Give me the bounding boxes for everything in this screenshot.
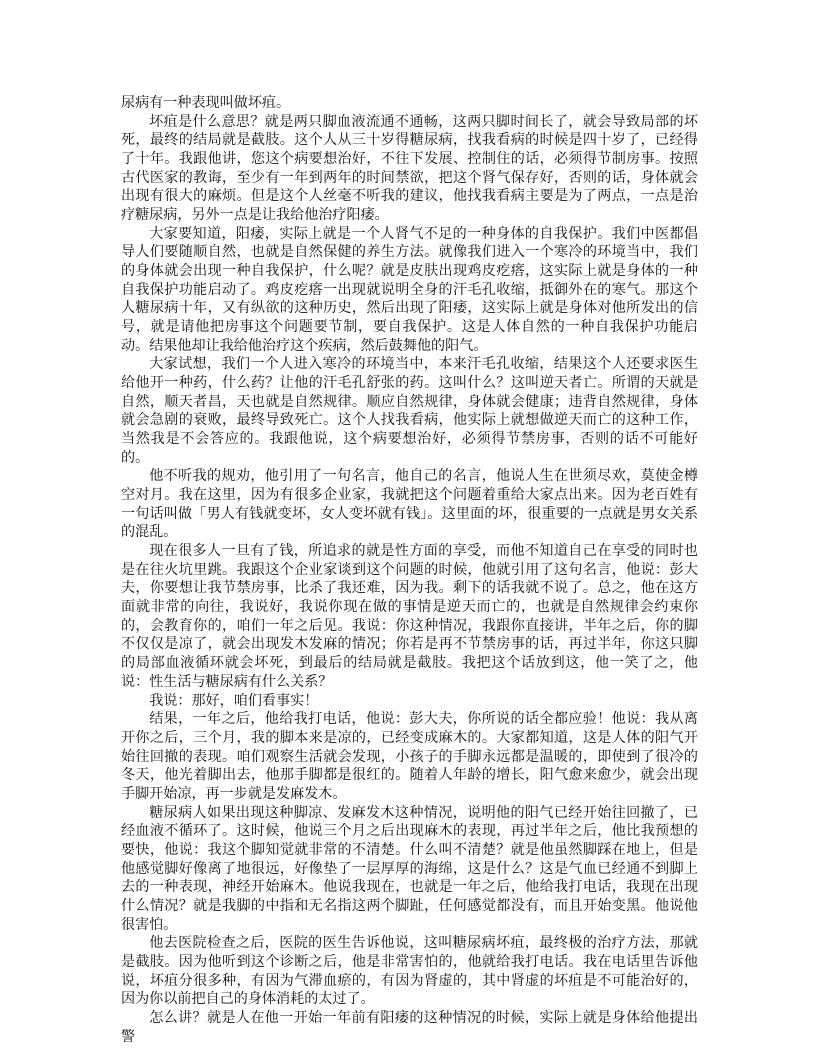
paragraph-gangrene-definition: 坏疽是什么意思？就是两只脚血液流通不通畅，这两只脚时间长了，就会导致局部的坏死，…: [121, 113, 698, 225]
document-page: 尿病有一种表现叫做坏疽。 坏疽是什么意思？就是两只脚血液流通不通畅，这两只脚时间…: [121, 94, 698, 1046]
paragraph-see-facts: 我说：那好，咱们看事实！: [121, 692, 698, 711]
paragraph-famous-quote: 他不听我的规劝，他引用了一句名言，他自己的名言，他说人生在世须尽欢，莫使金樽空对…: [121, 467, 698, 542]
paragraph-continuation: 尿病有一种表现叫做坏疽。: [121, 94, 698, 113]
paragraph-entrepreneur-conversation: 现在很多人一旦有了钱，所追求的就是性方面的享受，而他不知道自己在享受的同时也是在…: [121, 542, 698, 691]
paragraph-one-year-later: 结果，一年之后，他给我打电话，他说：彭大夫，你所说的话全都应验！他说：我从离开你…: [121, 710, 698, 803]
paragraph-warning-signal: 怎么讲？就是人在他一开始一年前有阳痿的这种情况的时候，实际上就是身体给他提出警: [121, 1009, 698, 1046]
paragraph-impotence-self-protection: 大家要知道，阳痿，实际上就是一个人肾气不足的一种身体的自我保护。我们中医都倡导人…: [121, 225, 698, 356]
paragraph-numbness-symptoms: 糖尿病人如果出现这种脚凉、发麻发木这种情况，说明他的阳气已经开始往回撤了，已经血…: [121, 804, 698, 935]
paragraph-hospital-diagnosis: 他去医院检查之后，医院的医生告诉他说，这叫糖尿病坏疽，最终极的治疗方法，那就是截…: [121, 934, 698, 1009]
paragraph-against-nature: 大家试想，我们一个人进入寒冷的环境当中，本来汗毛孔收缩，结果这个人还要求医生给他…: [121, 355, 698, 467]
